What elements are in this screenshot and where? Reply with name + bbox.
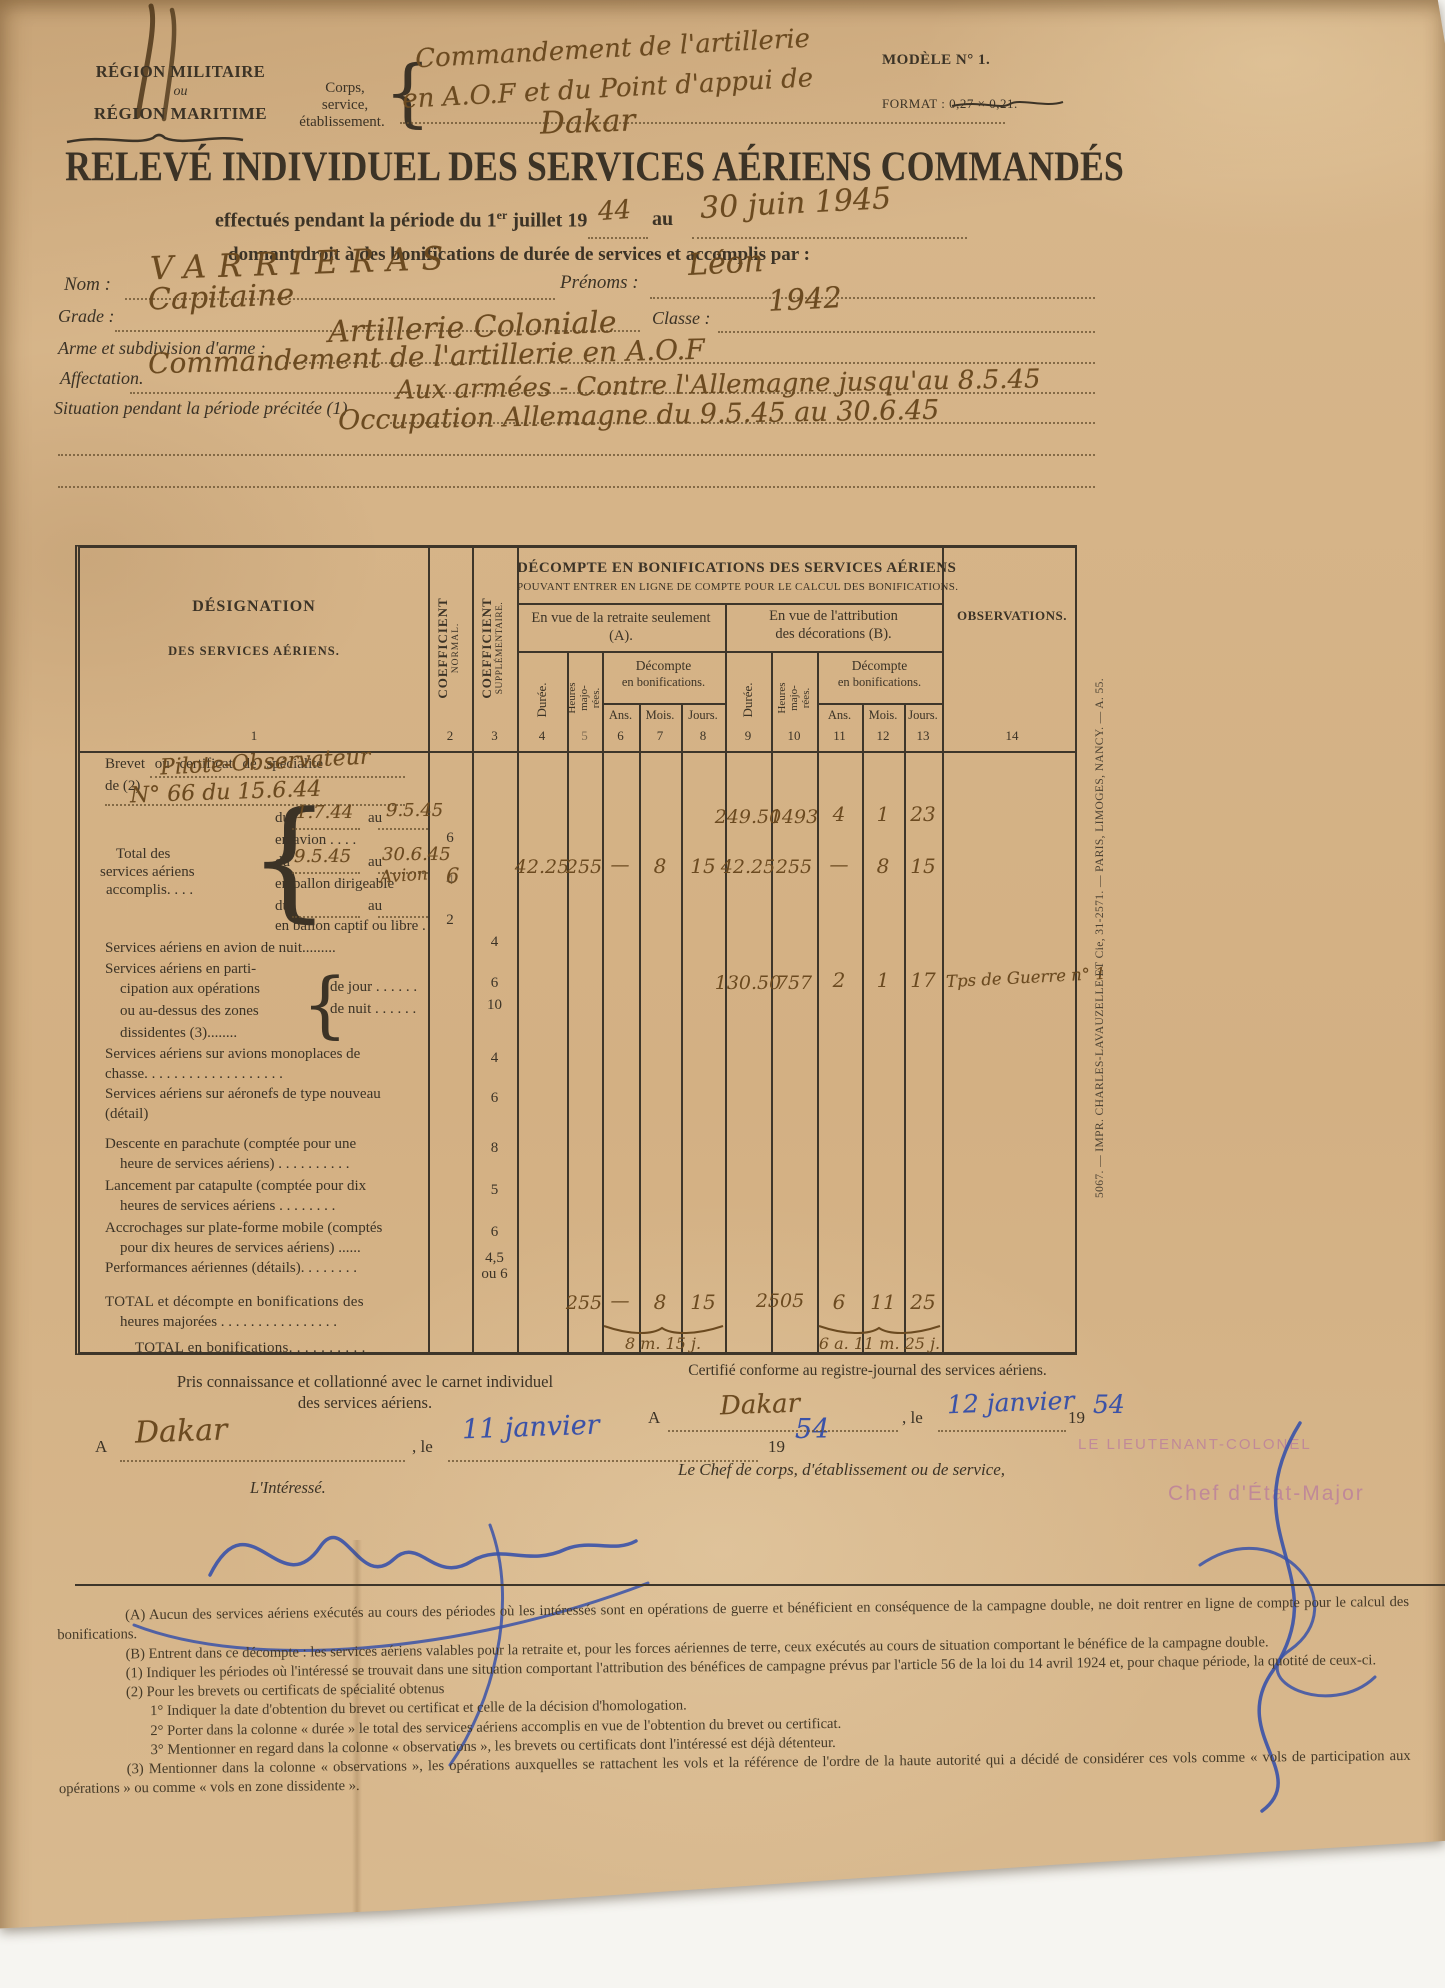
col-heures-majorees-b: Heures majo- rées. (776, 663, 812, 733)
dotted (292, 872, 360, 874)
total-label-1: Total des (116, 846, 170, 863)
value-avion-jours-b: 23 (883, 802, 963, 826)
row-parachute-line1: Descente en parachute (comptée pour une (105, 1136, 356, 1153)
du-label: du (275, 854, 290, 871)
classe-label: Classe : (652, 308, 711, 329)
classe-dotted (718, 331, 1095, 333)
coeff-avion: 6 (428, 830, 472, 847)
table-line (517, 651, 942, 653)
dotted (938, 1430, 1066, 1432)
fold-crease (352, 1540, 362, 1930)
row-total-decompte-line2: heures majorées . . . . . . . . . . . . … (120, 1314, 337, 1331)
row-total-decompte-line1: TOTAL et décompte en bonifications des (105, 1294, 364, 1311)
table-line (428, 548, 430, 1352)
table-line (681, 703, 683, 1352)
avion-au-handwriting: 9.5.45 (386, 800, 443, 821)
table-line (817, 703, 942, 705)
corps-value-line3: Dakar (539, 102, 636, 141)
col-num-5: 5 (567, 728, 602, 744)
row-parachute-line2: heure de services aériens) . . . . . . .… (120, 1156, 350, 1173)
col-jours-a: Jours. (681, 708, 725, 723)
corps-dotted-line (400, 122, 1005, 124)
table-line (817, 651, 819, 1352)
services-table: DÉSIGNATION DES SERVICES AÉRIENS. COEFFI… (75, 545, 1077, 1355)
du-label: du (275, 898, 290, 915)
right-date-handwriting: 12 janvier (947, 1386, 1075, 1419)
col-num-1: 1 (80, 728, 428, 744)
dotted (378, 828, 428, 830)
coeff-dirigeable-handwriting: 6 (446, 864, 459, 888)
region-ou-label: ou (88, 84, 273, 100)
dirigeable-handwriting: Avion (379, 864, 428, 887)
grade-label: Grade : (58, 306, 115, 327)
left-place-handwriting: Dakar (134, 1412, 228, 1450)
col-observations: OBSERVATIONS. (942, 608, 1082, 624)
col-designation-subtitle: DES SERVICES AÉRIENS. (80, 644, 428, 659)
col-num-11: 11 (817, 728, 862, 744)
group-b-title-line2: des décorations (B). (725, 626, 942, 643)
col-num-9: 9 (725, 728, 771, 744)
row-participation-line4: dissidentes (3)........ (120, 1025, 237, 1042)
group-title-line2: POUVANT ENTRER EN LIGNE DE COMPTE POUR L… (517, 581, 942, 593)
col-mois-b: Mois. (862, 708, 904, 723)
region-militaire-label: RÉGION MILITAIRE (88, 62, 273, 82)
left-le-label: , le (412, 1437, 433, 1457)
total-b-summary-handwriting: 6 a. 11 m. 25 j. (817, 1334, 942, 1353)
printer-imprint: 5067. — IMPR. CHARLES-LAVAUZELLE ET Cie,… (1094, 478, 1106, 1398)
right-a-label: A (648, 1408, 660, 1428)
row-de-nuit-label: de nuit . . . . . . (330, 1001, 416, 1018)
row-ballon-captif-label: en ballon captif ou libre . (275, 918, 426, 935)
decompte-a-line2: en bonifications. (602, 675, 725, 690)
coeff-captif: 2 (428, 912, 472, 929)
certification-right-line1: Certifié conforme au registre-journal de… (625, 1362, 1110, 1380)
heures-line3: rées. (800, 663, 812, 733)
table-line (942, 548, 944, 1352)
period-au-label: au (652, 208, 673, 231)
left-date-handwriting: 11 janvier (462, 1410, 601, 1446)
blank-dotted-line (58, 486, 1095, 488)
observation-guerre-handwriting: Tps de Guerre n° 1 (946, 964, 1107, 991)
row-accrochages-line2: pour dix heures de services aériens) ...… (120, 1240, 361, 1257)
scanned-document-page: RÉGION MILITAIRE ou RÉGION MARITIME Corp… (0, 0, 1445, 1988)
right-place-handwriting: Dakar (720, 1389, 801, 1422)
coefficient-label: COEFFICIENT (479, 558, 495, 738)
row-accrochages-line1: Accrochages sur plate-forme mobile (comp… (105, 1220, 382, 1237)
row-monoplaces-line2: chasse. . . . . . . . . . . . . . . . . … (105, 1066, 283, 1083)
row-participation-line3: ou au-dessus des zones (120, 1003, 259, 1020)
chef-de-corps-label: Le Chef de corps, d'établissement ou de … (678, 1460, 1005, 1480)
col-num-7: 7 (639, 728, 681, 744)
prenoms-label: Prénoms : (560, 272, 639, 294)
coeff-nuit: 4 (472, 934, 517, 951)
period-text-1: effectués pendant la période du 1 (215, 210, 497, 232)
col-coefficient-supplementaire: COEFFICIENT SUPPLÉMENTAIRE. (479, 558, 509, 738)
table-line (639, 703, 641, 1352)
group-b-title-line1: En vue de l'attribution (725, 608, 942, 625)
total-label-2: services aériens (100, 864, 195, 881)
format-label: FORMAT : 0,27 × 0,21. (882, 96, 1018, 112)
coeff-catapulte: 5 (472, 1182, 517, 1199)
value-total-jours-a: 15 (663, 1290, 743, 1314)
coeff-performances-1: 4,5 (472, 1250, 517, 1267)
col-ans-b: Ans. (817, 708, 862, 723)
table-line (517, 548, 519, 1352)
left-a-label: A (95, 1437, 107, 1457)
corps-label-line2: service, (300, 97, 390, 114)
row-participation-line1: Services aériens en parti- (105, 961, 256, 978)
supplementaire-label: SUPPLÉMENTAIRE. (495, 558, 505, 738)
col-ans-a: Ans. (602, 708, 639, 723)
col-designation-title: DÉSIGNATION (80, 598, 428, 616)
dirigeable-au-handwriting: 30.6.45 (382, 844, 451, 865)
group-a-title-line2: (A). (517, 628, 725, 645)
normal-label: NORMAL. (451, 558, 461, 738)
col-num-8: 8 (681, 728, 725, 744)
footnote-separator (75, 1584, 1445, 1586)
row-de-jour-label: de jour . . . . . . (330, 979, 417, 996)
prenoms-value: Léon (687, 244, 764, 283)
total-label-3: accomplis. . . . (106, 882, 193, 899)
coeff-jour: 6 (472, 975, 517, 992)
table-line (602, 651, 604, 1352)
col-coefficient-normal: COEFFICIENT NORMAL. (435, 558, 465, 738)
period-start-year-handwriting: 44 (597, 195, 632, 227)
footnotes-block: (A) Aucun des services aériens exécutés … (57, 1593, 1411, 1800)
row-total-bonifications-label: TOTAL en bonifications. . . . . . . . . … (135, 1340, 366, 1357)
du-label: du (275, 810, 290, 827)
table-line (602, 703, 725, 705)
heures-line3: rées. (590, 663, 602, 733)
nom-label: Nom : (64, 274, 111, 296)
coeff-accrochages: 6 (472, 1224, 517, 1241)
right-le-label: , le (902, 1408, 923, 1428)
coeff-performances-2: ou 6 (472, 1266, 517, 1283)
value-total-jours-b: 25 (883, 1290, 963, 1314)
col-num-3: 3 (472, 728, 517, 744)
total-a-summary-handwriting: 8 m. 15 j. (603, 1334, 723, 1353)
col-num-14: 14 (942, 728, 1082, 744)
period-line: effectués pendant la période du 1er juil… (215, 208, 587, 233)
dotted (292, 828, 360, 830)
decompte-b-line2: en bonifications. (817, 675, 942, 690)
group-a-title-line1: En vue de la retraite seulement (517, 610, 725, 627)
row-catapulte-line2: heures de services aériens . . . . . . .… (120, 1198, 335, 1215)
right-year-print: 19 (1068, 1408, 1085, 1428)
situation-label: Situation pendant la période précitée (1… (54, 398, 347, 419)
dotted (668, 1430, 898, 1432)
period-dotted-2 (692, 237, 967, 239)
coeff-aeronefs: 6 (472, 1090, 517, 1107)
au-label: au (368, 810, 382, 827)
avion-du-handwriting: 1.7.44 (296, 802, 353, 823)
grade-value: Capitaine (147, 277, 294, 317)
dirigeable-du-handwriting: 9.5.45 (294, 846, 351, 867)
row-ballon-dirigeable-label: en ballon dirigeable (275, 876, 394, 893)
coeff-monoplaces: 4 (472, 1050, 517, 1067)
heures-line2: majo- (578, 663, 590, 733)
col-num-13: 13 (904, 728, 942, 744)
affectation-label: Affectation. (60, 368, 143, 389)
paper-wrapper: RÉGION MILITAIRE ou RÉGION MARITIME Corp… (0, 0, 1445, 1988)
table-line (517, 603, 942, 605)
table-line (771, 651, 773, 1352)
coeff-parachute: 8 (472, 1140, 517, 1157)
period-dotted-1 (588, 237, 648, 239)
coeff-nuit2: 10 (472, 997, 517, 1014)
heures-line2: majo- (788, 663, 800, 733)
group-title-line1: DÉCOMPTE EN BONIFICATIONS DES SERVICES A… (517, 560, 942, 577)
corps-label-line1: Corps, (300, 80, 390, 97)
col-mois-a: Mois. (639, 708, 681, 723)
row-aeronefs-line1: Services aériens sur aéronefs de type no… (105, 1086, 381, 1103)
coefficient-label: COEFFICIENT (435, 558, 451, 738)
row-monoplaces-line1: Services aériens sur avions monoplaces d… (105, 1046, 360, 1063)
value-dirigeable-jours-b: 15 (883, 854, 963, 878)
left-year-print: 19 (768, 1437, 785, 1457)
certification-left-line2: des services aériens. (130, 1393, 600, 1413)
row-avion-nuit-label: Services aériens en avion de nuit.......… (105, 940, 336, 957)
col-heures-majorees-a: Heures majo- rées. (566, 663, 602, 733)
table-line (862, 703, 864, 1352)
table-line (904, 703, 906, 1352)
heures-line1: Heures (566, 663, 578, 733)
row-performances-label: Performances aériennes (détails). . . . … (105, 1260, 357, 1277)
classe-value: 1942 (767, 280, 842, 318)
table-line (567, 651, 569, 1352)
modele-label: MODÈLE N° 1. (882, 52, 990, 69)
col-num-6: 6 (602, 728, 639, 744)
decompte-b-line1: Décompte (817, 658, 942, 674)
decompte-a-line1: Décompte (602, 658, 725, 674)
col-num-10: 10 (771, 728, 817, 744)
heures-line1: Heures (776, 663, 788, 733)
col-num-2: 2 (428, 728, 472, 744)
paper-sheet: RÉGION MILITAIRE ou RÉGION MARITIME Corp… (0, 0, 1445, 1988)
col-jours-b: Jours. (904, 708, 942, 723)
period-text-2: juillet 19 (507, 210, 587, 232)
au-label: au (368, 898, 382, 915)
prenoms-dotted (650, 297, 1095, 299)
certification-left-line1: Pris connaissance et collationné avec le… (130, 1372, 600, 1392)
col-num-12: 12 (862, 728, 904, 744)
row-participation-line2: cipation aux opérations (120, 981, 260, 998)
situation-dotted-2 (58, 454, 1095, 456)
region-maritime-label: RÉGION MARITIME (78, 104, 283, 124)
col-num-4: 4 (517, 728, 567, 744)
period-superscript: er (497, 208, 508, 222)
row-aeronefs-line2: (détail) (105, 1106, 148, 1123)
right-year-handwriting: 54 (1093, 1390, 1125, 1419)
page-title: RELEVÉ INDIVIDUEL DES SERVICES AÉRIENS C… (65, 143, 1045, 192)
row-catapulte-line1: Lancement par catapulte (comptée pour di… (105, 1178, 366, 1195)
